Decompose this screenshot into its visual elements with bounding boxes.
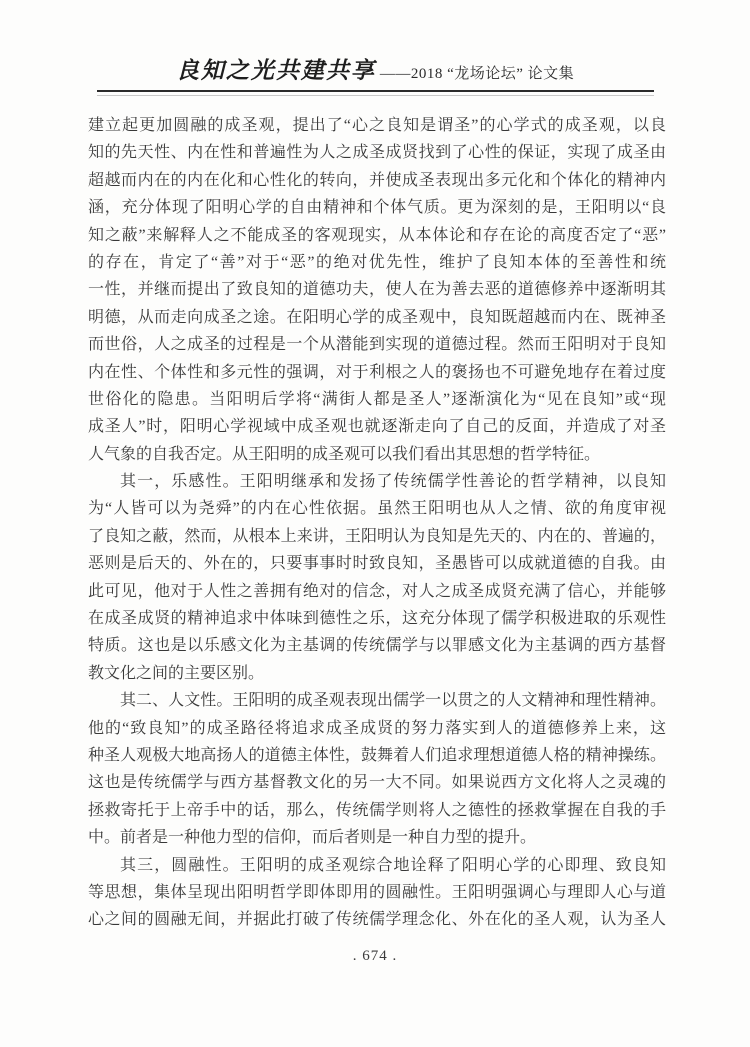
article-body: 建立起更加圆融的成圣观，提出了“心之良知是谓圣”的心学式的成圣观，以良知的先天性… xyxy=(88,112,666,934)
text-line: 其一，乐感性。王阳明继承和发扬了传统儒学性善论的哲学精神，以良知 xyxy=(88,468,666,495)
header-subtitle: ——2018 “龙场论坛” 论文集 xyxy=(380,66,574,82)
text-line: 为“人皆可以为尧舜”的内在心性依据。虽然王阳明也从人之情、欲的角度审视 xyxy=(88,495,666,522)
text-line: 超越而内在的内在化和心性化的转向，并使成圣表现出多元化和个体化的精神内 xyxy=(88,167,666,194)
text-line: 特质。这也是以乐感文化为主基调的传统儒学与以罪感文化为主基调的西方基督 xyxy=(88,632,666,659)
text-line: 世俗化的隐患。当阳明后学将“满街人都是圣人”逐渐演化为“见在良知”或“现 xyxy=(88,386,666,413)
text-line: 拯救寄托于上帝手中的话，那么，传统儒学则将人之德性的拯救掌握在自我的手 xyxy=(88,797,666,824)
page-footer: . 674 . xyxy=(0,948,750,965)
text-line: 而世俗，人之成圣的过程是一个从潜能到实现的道德过程。然而王阳明对于良知 xyxy=(88,331,666,358)
page-header: 良知之光共建共享 ——2018 “龙场论坛” 论文集 xyxy=(0,56,750,89)
text-line: 的存在，肯定了“善”对于“恶”的绝对优先性，维护了良知本体的至善性和统 xyxy=(88,249,666,276)
paragraph: 其三，圆融性。王阳明的成圣观综合地诠释了阳明心学的心即理、致良知等思想，集体呈现… xyxy=(88,852,666,934)
text-line: 种圣人观极大地高扬人的道德主体性，鼓舞着人们追求理想道德人格的精神操练。 xyxy=(88,742,666,769)
text-line: 建立起更加圆融的成圣观，提出了“心之良知是谓圣”的心学式的成圣观，以良 xyxy=(88,112,666,139)
text-line: 其三，圆融性。王阳明的成圣观综合地诠释了阳明心学的心即理、致良知 xyxy=(88,852,666,879)
text-line: 中。前者是一种他力型的信仰，而后者则是一种自力型的提升。 xyxy=(88,824,666,851)
text-line: 教文化之间的主要区别。 xyxy=(88,660,666,687)
text-line: 人气象的自我否定。从王阳明的成圣观可以我们看出其思想的哲学特征。 xyxy=(88,441,666,468)
text-line: 涵，充分体现了阳明心学的自由精神和个体气质。更为深刻的是，王阳明以“良 xyxy=(88,194,666,221)
text-line: 恶则是后天的、外在的，只要事事时时致良知，圣愚皆可以成就道德的自我。由 xyxy=(88,550,666,577)
text-line: 成圣人”时，阳明心学视域中成圣观也就逐渐走向了自己的反面，并造成了对圣 xyxy=(88,413,666,440)
text-line: 这也是传统儒学与西方基督教文化的另一大不同。如果说西方文化将人之灵魂的 xyxy=(88,769,666,796)
text-line: 知之蔽”来解释人之不能成圣的客观现实，从本体论和存在论的高度否定了“恶” xyxy=(88,222,666,249)
paragraph: 其一，乐感性。王阳明继承和发扬了传统儒学性善论的哲学精神，以良知为“人皆可以为尧… xyxy=(88,468,666,687)
document-page: 良知之光共建共享 ——2018 “龙场论坛” 论文集 建立起更加圆融的成圣观，提… xyxy=(0,0,750,1047)
text-line: 在成圣成贤的精神追求中体味到德性之乐，这充分体现了儒学积极进取的乐观性 xyxy=(88,605,666,632)
text-line: 其二、人文性。王阳明的成圣观表现出儒学一以贯之的人文精神和理性精神。 xyxy=(88,687,666,714)
page-number: . 674 . xyxy=(353,948,398,964)
text-line: 内在性、个体性和多元性的强调，对于利根之人的褒扬也不可避免地存在着过度 xyxy=(88,359,666,386)
text-line: 了良知之蔽，然而，从根本上来讲，王阳明认为良知是先天的、内在的、普遍的， xyxy=(88,523,666,550)
text-line: 明德，从而走向成圣之途。在阳明心学的成圣观中，良知既超越而内在、既神圣 xyxy=(88,304,666,331)
text-line: 一性，并继而提出了致良知的道德功夫，使人在为善去恶的道德修养中逐渐明其 xyxy=(88,276,666,303)
text-line: 等思想，集体呈现出阳明哲学即体即用的圆融性。王阳明强调心与理即人心与道 xyxy=(88,879,666,906)
header-rule xyxy=(97,90,654,96)
text-line: 此可见，他对于人性之善拥有绝对的信念，对人之成圣成贤充满了信心，并能够 xyxy=(88,578,666,605)
paragraph: 其二、人文性。王阳明的成圣观表现出儒学一以贯之的人文精神和理性精神。他的“致良知… xyxy=(88,687,666,851)
text-line: 心之间的圆融无间，并据此打破了传统儒学理念化、外在化的圣人观，认为圣人 xyxy=(88,906,666,933)
paragraph: 建立起更加圆融的成圣观，提出了“心之良知是谓圣”的心学式的成圣观，以良知的先天性… xyxy=(88,112,666,468)
header-calligraphy-title: 良知之光共建共享 xyxy=(176,58,376,83)
text-line: 他的“致良知”的成圣路径将追求成圣成贤的努力落实到人的道德修养上来，这 xyxy=(88,715,666,742)
text-line: 知的先天性、内在性和普遍性为人之成圣成贤找到了心性的保证，实现了成圣由 xyxy=(88,139,666,166)
